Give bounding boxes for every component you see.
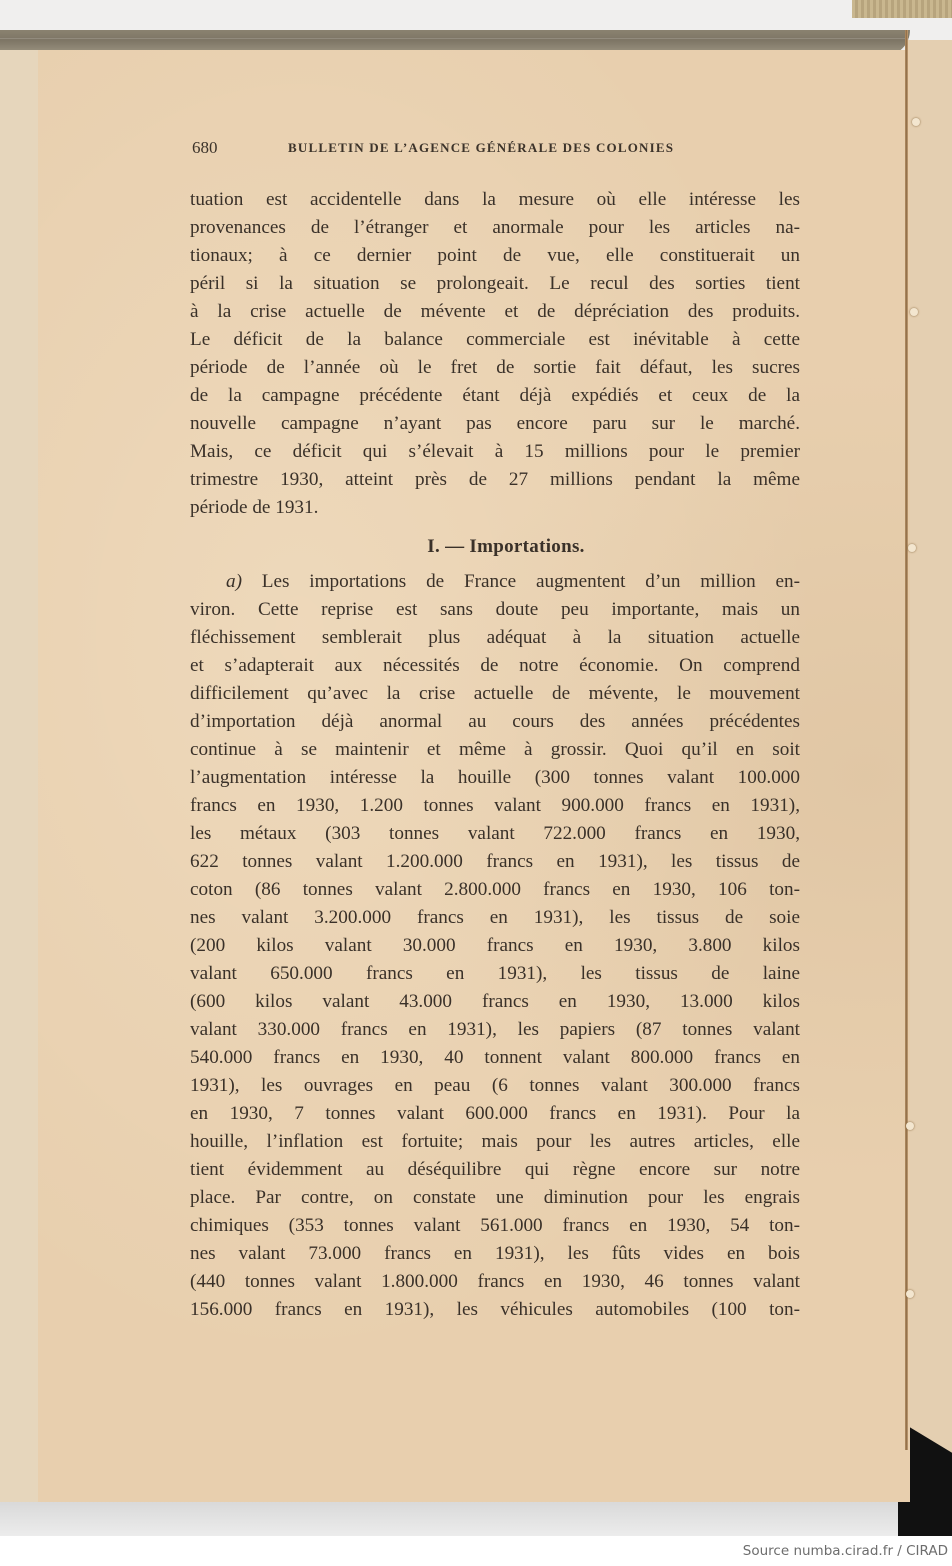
text-line: nes valant 73.000 francs en 1931), les f… bbox=[190, 1240, 800, 1268]
binding-thread-icon bbox=[912, 118, 920, 126]
page-gutter bbox=[905, 30, 908, 1450]
text-line: période de 1931. bbox=[190, 494, 800, 522]
text-line: chimiques (353 tonnes valant 561.000 fra… bbox=[190, 1212, 800, 1240]
underlying-page-edge bbox=[0, 50, 40, 1505]
page-number: 680 bbox=[192, 138, 218, 158]
text-line: fléchissement semblerait plus adéquat à … bbox=[190, 624, 800, 652]
text-line: continue à se maintenir et même à grossi… bbox=[190, 736, 800, 764]
text-line: trimestre 1930, atteint près de 27 milli… bbox=[190, 466, 800, 494]
page-text: 680 Bulletin de l’Agence Générale des Co… bbox=[190, 138, 810, 1324]
text-line: et s’adapterait aux nécessités de notre … bbox=[190, 652, 800, 680]
page-shadow bbox=[0, 1502, 898, 1536]
text-line: de la campagne précédente étant déjà exp… bbox=[190, 382, 800, 410]
text-line: a) Les importations de France augmentent… bbox=[190, 568, 800, 596]
paragraph-1: tuation est accidentelle dans la mesure … bbox=[190, 186, 810, 522]
text-line: 622 tonnes valant 1.200.000 francs en 19… bbox=[190, 848, 800, 876]
text-line: difficilement qu’avec la crise actuelle … bbox=[190, 680, 800, 708]
text-line: 1931), les ouvrages en peau (6 tonnes va… bbox=[190, 1072, 800, 1100]
source-credit: Source numba.cirad.fr / CIRAD bbox=[743, 1543, 948, 1559]
list-marker: a) bbox=[226, 571, 242, 592]
binding-thread-icon bbox=[906, 1122, 914, 1130]
text-line: coton (86 tonnes valant 2.800.000 francs… bbox=[190, 876, 800, 904]
text-line: 540.000 francs en 1930, 40 tonnent valan… bbox=[190, 1044, 800, 1072]
text-line: période de l’année où le fret de sortie … bbox=[190, 354, 800, 382]
section-heading-importations: I. — Importations. bbox=[190, 536, 810, 558]
text-line: tionaux; à ce dernier point de vue, elle… bbox=[190, 242, 800, 270]
text-line: les métaux (303 tonnes valant 722.000 fr… bbox=[190, 820, 800, 848]
text-line: valant 330.000 francs en 1931), les papi… bbox=[190, 1016, 800, 1044]
running-head: 680 Bulletin de l’Agence Générale des Co… bbox=[190, 138, 810, 164]
text-line: valant 650.000 francs en 1931), les tiss… bbox=[190, 960, 800, 988]
binding-thread-icon bbox=[908, 544, 916, 552]
text-line: (600 kilos valant 43.000 francs en 1930,… bbox=[190, 988, 800, 1016]
paragraph-2: a) Les importations de France augmentent… bbox=[190, 568, 810, 1324]
text-line: 156.000 francs en 1931), les véhicules a… bbox=[190, 1296, 800, 1324]
text-line: péril si la situation se prolongeait. Le… bbox=[190, 270, 800, 298]
text-line: Mais, ce déficit qui s’élevait à 15 mill… bbox=[190, 438, 800, 466]
text-line: en 1930, 7 tonnes valant 600.000 francs … bbox=[190, 1100, 800, 1128]
text-line: (200 kilos valant 30.000 francs en 1930,… bbox=[190, 932, 800, 960]
text-line: à la crise actuelle de mévente et de dép… bbox=[190, 298, 800, 326]
text-line: nouvelle campagne n’ayant pas encore par… bbox=[190, 410, 800, 438]
text-line: provenances de l’étranger et anormale po… bbox=[190, 214, 800, 242]
text-line: place. Par contre, on constate une dimin… bbox=[190, 1184, 800, 1212]
binding-thread-icon bbox=[910, 308, 918, 316]
text-line: (440 tonnes valant 1.800.000 francs en 1… bbox=[190, 1268, 800, 1296]
book-cover-cloth bbox=[852, 0, 952, 18]
facing-page-edge bbox=[908, 40, 952, 1460]
text-line-content: Les importations de France augmentent d’… bbox=[242, 571, 800, 592]
scanned-book-photo: 680 Bulletin de l’Agence Générale des Co… bbox=[0, 0, 952, 1536]
text-line: houille, l’inflation est fortuite; mais … bbox=[190, 1128, 800, 1156]
text-line: nes valant 3.200.000 francs en 1931), le… bbox=[190, 904, 800, 932]
text-line: viron. Cette reprise est sans doute peu … bbox=[190, 596, 800, 624]
binding-thread-icon bbox=[906, 1290, 914, 1298]
text-line: l’augmentation intéresse la houille (300… bbox=[190, 764, 800, 792]
running-head-title: Bulletin de l’Agence Générale des Coloni… bbox=[288, 140, 674, 156]
text-line: francs en 1930, 1.200 tonnes valant 900.… bbox=[190, 792, 800, 820]
text-line: tient évidemment au déséquilibre qui règ… bbox=[190, 1156, 800, 1184]
text-line: Le déficit de la balance commerciale est… bbox=[190, 326, 800, 354]
text-line: tuation est accidentelle dans la mesure … bbox=[190, 186, 800, 214]
text-line: d’importation déjà anormal au cours des … bbox=[190, 708, 800, 736]
